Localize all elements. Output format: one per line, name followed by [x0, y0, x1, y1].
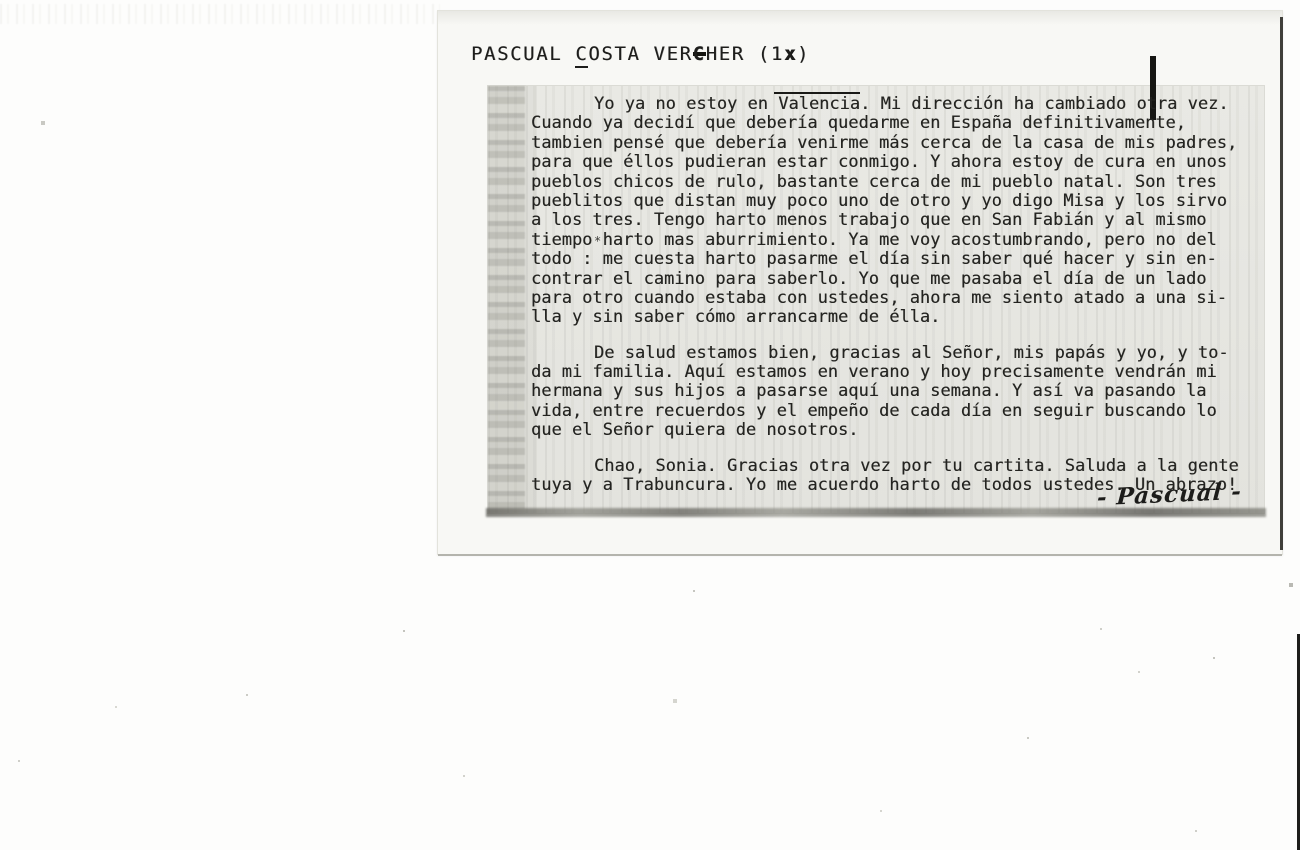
letter-line: pueblitos que distan muy poco uno de otr… [531, 192, 1256, 211]
letter-line: tiempo harto mas aburrimiento. Ya me voy… [531, 231, 1256, 250]
scanner-noise-band [0, 4, 440, 24]
letter-line: que el Señor quiera de nosotros. [531, 421, 1256, 440]
overlined-word: Valencia [774, 92, 860, 114]
scanner-dust-specks [0, 0, 2, 2]
handwritten-signature: - Pascual - [1096, 478, 1243, 511]
letter-line: Yo ya no estoy en Valencia. Mi dirección… [531, 95, 1256, 114]
title-text: OSTA VER [588, 43, 692, 65]
sheet-top-shading [438, 11, 1282, 25]
title-text: PASCUAL [471, 43, 575, 65]
letter-line: De salud estamos bien, gracias al Señor,… [531, 344, 1256, 363]
letter-line: Cuando ya decidí que debería quedarme en… [531, 114, 1256, 133]
title-text: HER (1 [706, 43, 784, 65]
letter-line: pueblos chicos de rulo, bastante cerca d… [531, 173, 1256, 192]
sheet-right-edge-shadow [1280, 17, 1283, 550]
letter-line: Chao, Sonia. Gracias otra vez por tu car… [531, 457, 1256, 476]
letter-line: todo : me cuesta harto pasarme el día si… [531, 250, 1256, 269]
title-underlined-letter: C [575, 43, 588, 68]
title-overstruck-letter: C [693, 43, 706, 65]
letter-line: hermana y sus hijos a pasarse aquí una s… [531, 382, 1256, 401]
pasted-letter-photocopy: Yo ya no estoy en Valencia. Mi dirección… [488, 86, 1264, 513]
title-text: ) [797, 43, 810, 65]
inserted-footnote-mark: * [594, 234, 601, 248]
title-bold-x: x [784, 43, 797, 65]
document-title: PASCUAL COSTA VERCHER (1x) [471, 43, 810, 65]
photocopy-bottom-edge-smudge [486, 508, 1266, 517]
letter-line: para otro cuando estaba con ustedes, aho… [531, 289, 1256, 308]
letter-line: para que éllos pudieran estar conmigo. Y… [531, 153, 1256, 172]
letter-line: contrar el camino para saberlo. Yo que m… [531, 270, 1256, 289]
letter-body-text: Yo ya no estoy en Valencia. Mi dirección… [531, 95, 1256, 495]
letter-line: lla y sin saber cómo arrancarme de élla. [531, 308, 1256, 327]
letter-line: tambien pensé que debería venirme más ce… [531, 134, 1256, 153]
letter-line-text: . Mi dirección ha cambiado otra vez. [860, 94, 1228, 114]
letter-line-text: Yo ya no estoy en [594, 94, 778, 114]
photocopy-left-shadow-strip [488, 86, 525, 513]
letter-line: vida, entre recuerdos y el empeño de cad… [531, 402, 1256, 421]
scanned-sheet: PASCUAL COSTA VERCHER (1x) Yo ya no esto… [437, 10, 1283, 555]
letter-line: da mi familia. Aquí estamos en verano y … [531, 363, 1256, 382]
letter-line: a los tres. Tengo harto menos trabajo qu… [531, 211, 1256, 230]
sheet-bottom-edge-shadow [438, 554, 1282, 556]
scanned-document-image: PASCUAL COSTA VERCHER (1x) Yo ya no esto… [0, 0, 1300, 850]
